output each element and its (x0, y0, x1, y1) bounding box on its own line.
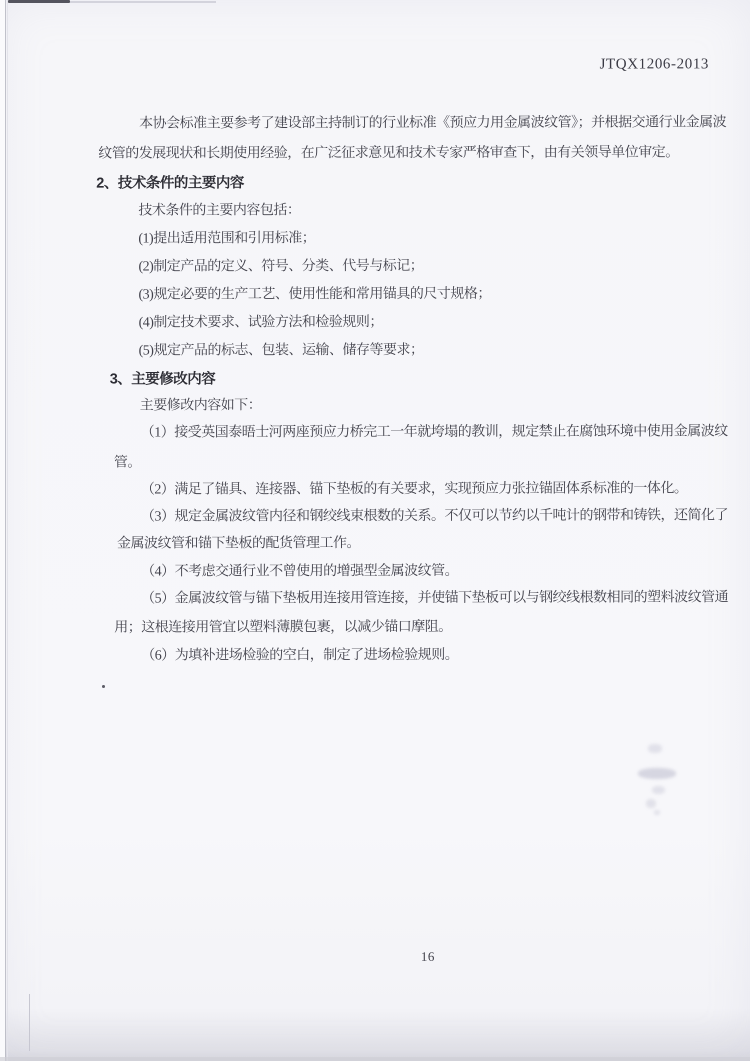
revision-item-1-line-1: （1）接受英国泰晤士河两座预应力桥完工一年就垮塌的教训，规定禁止在腐蚀环境中使用… (141, 420, 728, 441)
intro-line-2: 纹管的发展现状和长期使用经验，在广泛征求意见和技术专家严格审查下，由有关领导单位… (98, 141, 679, 162)
page-content: JTQX1206-2013 本协会标准主要参考了建设部主持制订的行业标准《预应力… (0, 0, 750, 1061)
revision-item-3-line-2: 金属波纹管和锚下垫板的配货管理工作。 (117, 532, 360, 553)
revision-item-4: （4）不考虑交通行业不曾使用的增强型金属波纹管。 (141, 560, 458, 581)
section-tech-lead: 技术条件的主要内容包括： (138, 199, 300, 219)
revision-item-2: （2）满足了锚具、连接器、锚下垫板的有关要求，实现预应力张拉锚固体系标准的一体化… (141, 477, 688, 498)
section-heading-revision: 3、主要修改内容 (110, 367, 216, 388)
revision-lead: 主要修改内容如下： (140, 394, 262, 414)
intro-line-1: 本协会标准主要参考了建设部主持制订的行业标准《预应力用金属波纹管》；并根据交通行… (139, 111, 726, 132)
section-heading-tech: 2、技术条件的主要内容 (96, 171, 244, 192)
scanned-page: JTQX1206-2013 本协会标准主要参考了建设部主持制订的行业标准《预应力… (0, 0, 750, 1061)
tech-item-2: (2)制定产品的定义、符号、分类、代号与标记； (138, 255, 423, 276)
revision-item-6: （6）为填补进场检验的空白，制定了进场检验规则。 (141, 644, 458, 665)
tech-item-5: (5)规定产品的标志、包装、运输、储存等要求； (139, 339, 424, 360)
revision-item-3-line-1: （3）规定金属波纹管内径和钢绞线束根数的关系。不仅可以节约以千吨计的钢带和铸铁，… (141, 504, 728, 525)
tech-item-1: (1)提出适用范围和引用标准； (138, 227, 315, 247)
revision-item-5-line-1: （5）金属波纹管与锚下垫板用连接用管连接，并使锚下垫板可以与钢绞线根数相同的塑料… (141, 586, 728, 607)
doc-code: JTQX1206-2013 (600, 56, 710, 73)
tech-item-4: (4)制定技术要求、试验方法和检验规则； (139, 311, 383, 332)
tech-item-3: (3)规定必要的生产工艺、使用性能和常用锚具的尺寸规格； (138, 283, 490, 304)
revision-item-1-line-2: 管。 (114, 451, 141, 471)
page-number: 16 (421, 949, 435, 965)
revision-item-5-line-2: 用；这根连接用管宜以塑料薄膜包裹，以减少锚口摩阻。 (114, 616, 452, 637)
